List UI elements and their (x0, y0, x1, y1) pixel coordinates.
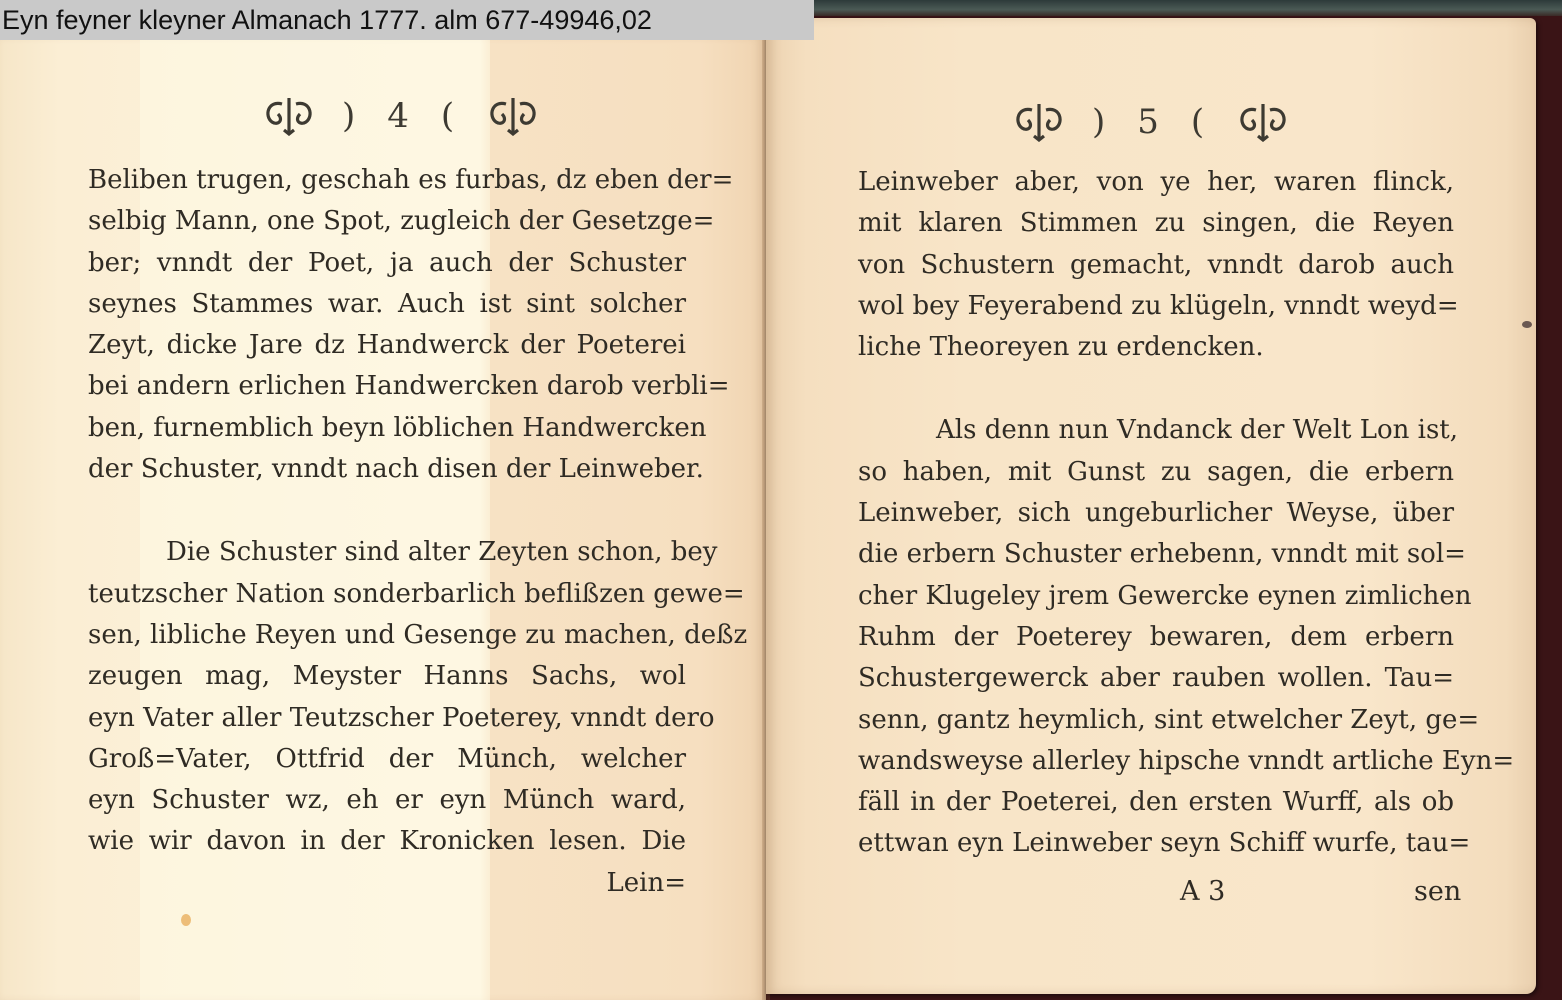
text-line: die erbern Schuster erhebenn, vnndt mit … (858, 534, 1454, 575)
text-line: Ruhm der Poeterey bewaren, dem erbern (858, 617, 1454, 658)
fleuron-ornament-icon (1012, 102, 1066, 142)
paragraph: Die Schuster sind alter Zeyten schon, be… (88, 532, 686, 862)
book-spread: ) 4 ( Beliben trugen, geschah es furbas,… (0, 12, 1562, 1000)
paragraph: Leinweber aber, von ye her, waren flinck… (858, 162, 1454, 368)
text-line: zeugen mag, Meyster Hanns Sachs, wol (88, 656, 686, 697)
fleuron-ornament-icon (1236, 102, 1290, 142)
text-line: Groß=Vater, Ottfrid der Münch, welcher (88, 739, 686, 780)
catchword: Lein= (88, 863, 686, 904)
text-line: wandsweyse allerley hipsche vnndt artlic… (858, 741, 1454, 782)
text-line: eyn Schuster wz, eh er eyn Münch ward, (88, 780, 686, 821)
text-line: Leinweber, sich ungeburlicher Weyse, übe… (858, 493, 1454, 534)
text-line: Zeyt, dicke Jare dz Handwerck der Poeter… (88, 325, 686, 366)
header-paren-right: ( (1191, 102, 1210, 142)
text-line: eyn Vater aller Teutzscher Poeterey, vnn… (88, 698, 686, 739)
text-line: wie wir davon in der Kronicken lesen. Di… (88, 821, 686, 862)
text-line: mit klaren Stimmen zu singen, die Reyen (858, 203, 1454, 244)
text-line: cher Klugeley jrem Gewercke eynen zimlic… (858, 576, 1454, 617)
header-paren-left: ) (1092, 102, 1111, 142)
page-number: 4 (387, 96, 415, 136)
text-line: ben, furnemblich beyn löblichen Handwerc… (88, 408, 686, 449)
paper-blemish (1522, 321, 1532, 328)
text-line: Beliben trugen, geschah es furbas, dz eb… (88, 160, 686, 201)
text-line: wol bey Feyerabend zu klügeln, vnndt wey… (858, 286, 1454, 327)
fleuron-ornament-icon (486, 96, 540, 136)
text-line: der Schuster, vnndt nach disen der Leinw… (88, 449, 686, 490)
text-line: teutzscher Nation sonderbarlich beflißze… (88, 574, 686, 615)
fleuron-ornament-icon (262, 96, 316, 136)
text-line: liche Theoreyen zu erdencken. (858, 327, 1454, 368)
text-line: ber; vnndt der Poet, ja auch der Schuste… (88, 243, 686, 284)
text-line: sen, libliche Reyen und Gesenge zu mache… (88, 615, 686, 656)
signature-mark: A 3 (1180, 876, 1225, 907)
right-page-body: Leinweber aber, von ye her, waren flinck… (858, 162, 1454, 865)
text-line: so haben, mit Gunst zu sagen, die erbern (858, 452, 1454, 493)
text-line: selbig Mann, one Spot, zugleich der Gese… (88, 201, 686, 242)
paragraph: Als denn nun Vndanck der Welt Lon ist, s… (858, 410, 1454, 864)
text-line: bei andern erlichen Handwercken darob ve… (88, 366, 686, 407)
catchword: sen (1414, 876, 1461, 907)
left-page-body: Beliben trugen, geschah es furbas, dz eb… (88, 160, 686, 904)
text-line: fäll in der Poeterei, den ersten Wurff, … (858, 782, 1454, 823)
page-header-left: ) 4 ( (262, 96, 540, 136)
header-paren-right: ( (441, 96, 460, 136)
page-header-right: ) 5 ( (1012, 102, 1290, 142)
text-line: Als denn nun Vndanck der Welt Lon ist, (858, 410, 1454, 451)
text-line: von Schustern gemacht, vnndt darob auch (858, 245, 1454, 286)
text-line: Schustergewerck aber rauben wollen. Tau= (858, 658, 1454, 699)
text-line: seynes Stammes war. Auch ist sint solche… (88, 284, 686, 325)
image-caption: Eyn feyner kleyner Almanach 1777. alm 67… (0, 0, 814, 40)
left-page: ) 4 ( Beliben trugen, geschah es furbas,… (0, 34, 766, 1000)
header-paren-left: ) (342, 96, 361, 136)
text-line: senn, gantz heymlich, sint etwelcher Zey… (858, 700, 1454, 741)
text-line: Leinweber aber, von ye her, waren flinck… (858, 162, 1454, 203)
paper-stain (181, 914, 191, 926)
page-number: 5 (1137, 102, 1165, 142)
paragraph: Beliben trugen, geschah es furbas, dz eb… (88, 160, 686, 490)
text-line: ettwan eyn Leinweber seyn Schiff wurfe, … (858, 823, 1454, 864)
right-page: ) 5 ( Leinweber aber, von ye her, waren … (766, 18, 1536, 994)
text-line: Die Schuster sind alter Zeyten schon, be… (88, 532, 686, 573)
